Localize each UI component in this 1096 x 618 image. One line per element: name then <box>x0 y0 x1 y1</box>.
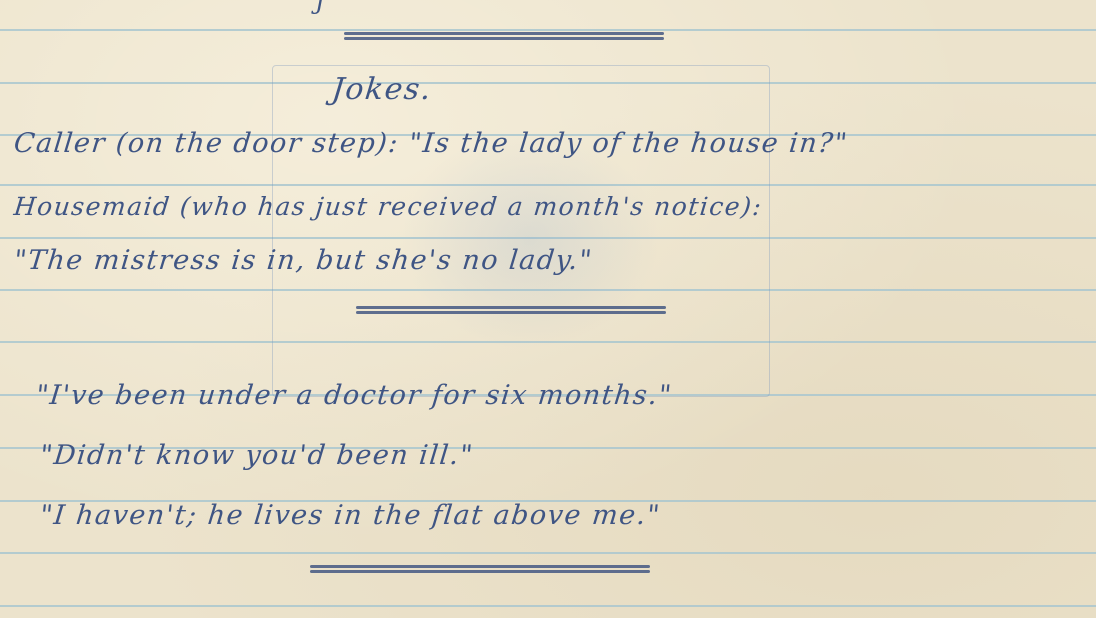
joke-2-line-1: "I've been under a doctor for six months… <box>34 380 674 411</box>
bleed-through-smudge <box>400 130 660 350</box>
ruled-line <box>0 29 1096 31</box>
section-divider-bottom <box>310 565 650 573</box>
page-heading: Jokes. <box>330 72 434 107</box>
previous-line-fragment: ƒ <box>316 0 326 16</box>
joke-1-line-3: "The mistress is in, but she's no lady." <box>12 245 594 276</box>
joke-2-line-3: "I haven't; he lives in the flat above m… <box>38 500 662 531</box>
ruled-line <box>0 552 1096 554</box>
section-divider-top <box>344 32 664 40</box>
joke-1-line-2: Housemaid (who has just received a month… <box>12 192 763 221</box>
joke-1-line-1: Caller (on the door step): "Is the lady … <box>12 128 849 159</box>
ruled-line <box>0 605 1096 607</box>
section-divider-middle <box>356 306 666 314</box>
joke-2-line-2: "Didn't know you'd been ill." <box>38 440 475 471</box>
notebook-page: ƒ Jokes. Caller (on the door step): "Is … <box>0 0 1096 618</box>
